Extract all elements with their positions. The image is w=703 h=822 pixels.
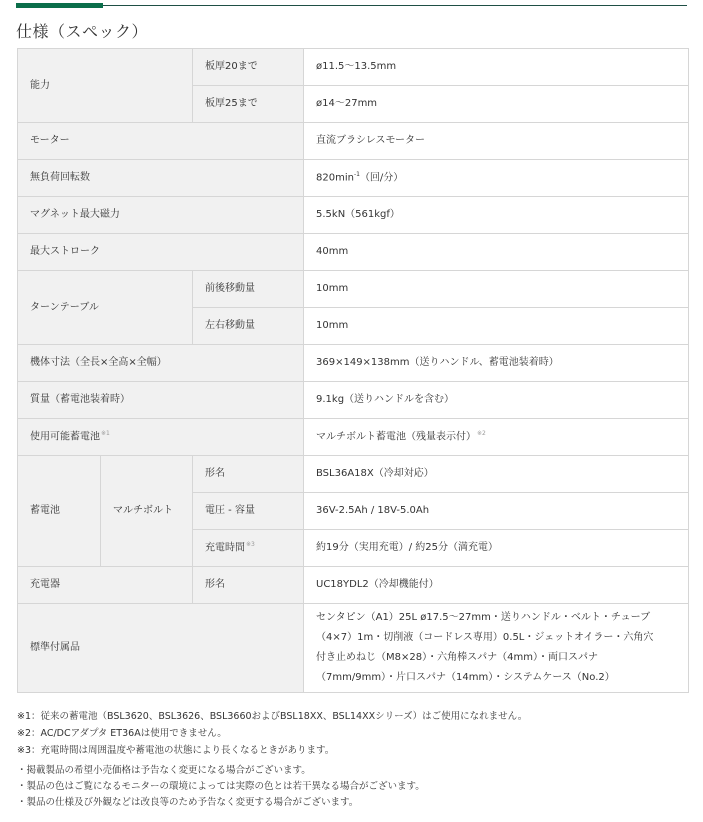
spec-value-no-load-speed: 820min-1（回/分） bbox=[304, 160, 689, 197]
footnote-1: ※1：従来の蓄電池（BSL3620、BSL3626、BSL3660およびBSL1… bbox=[17, 708, 527, 725]
disclaimers: ・掲載製品の希望小売価格は予告なく変更になる場合がございます。 ・製品の色はご覧… bbox=[17, 763, 425, 811]
spec-sublabel: 左右移動量 bbox=[193, 308, 304, 345]
top-accent-bar bbox=[16, 3, 103, 8]
spec-sublabel: 前後移動量 bbox=[193, 271, 304, 308]
spec-value-charger: UC18YDL2（冷却機能付） bbox=[304, 567, 689, 604]
spec-label-motor: モーター bbox=[18, 123, 304, 160]
spec-label-capacity: 能力 bbox=[18, 49, 193, 123]
spec-sublabel: 板厚25まで bbox=[193, 86, 304, 123]
spec-label-dimensions: 機体寸法（全長×全高×全幅） bbox=[18, 345, 304, 382]
spec-label-turntable: ターンテーブル bbox=[18, 271, 193, 345]
spec-label-accessories: 標準付属品 bbox=[18, 604, 304, 693]
footnote-ref-2: ※2 bbox=[477, 430, 486, 437]
footnote-2: ※2：AC/DCアダプタ ET36Aは使用できません。 bbox=[17, 725, 527, 742]
usable-battery-value: マルチボルト蓄電池（残量表示付） bbox=[316, 432, 476, 443]
spec-sublabel: 電圧 - 容量 bbox=[193, 493, 304, 530]
footnote-ref-3: ※3 bbox=[246, 541, 255, 548]
spec-label-battery: 蓄電池 bbox=[18, 456, 101, 567]
spec-label-no-load-speed: 無負荷回転数 bbox=[18, 160, 304, 197]
spec-label-max-stroke: 最大ストローク bbox=[18, 234, 304, 271]
spec-sublabel: 形名 bbox=[193, 456, 304, 493]
spec-table: 能力 板厚20まで ø11.5～13.5mm 板厚25まで ø14～27mm モ… bbox=[17, 48, 689, 693]
spec-row-weight: 質量（蓄電池装着時） 9.1kg（送りハンドルを含む） bbox=[18, 382, 689, 419]
spec-row-turntable-1: ターンテーブル 前後移動量 10mm bbox=[18, 271, 689, 308]
spec-value-max-stroke: 40mm bbox=[304, 234, 689, 271]
section-title: 仕様（スペック） bbox=[16, 19, 148, 42]
spec-value: 約19分（実用充電）/ 約25分（満充電） bbox=[304, 530, 689, 567]
spec-label-magnet-force: マグネット最大磁力 bbox=[18, 197, 304, 234]
accessory-line: 付き止めねじ（M8×28）・六角棒スパナ（4mm）・両口スパナ bbox=[316, 648, 678, 668]
spec-row-accessories: 標準付属品 センタピン（A1）25L ø17.5～27mm・送りハンドル・ベルト… bbox=[18, 604, 689, 693]
spec-value: 10mm bbox=[304, 271, 689, 308]
spec-value: 36V-2.5Ah / 18V-5.0Ah bbox=[304, 493, 689, 530]
spec-value: ø14～27mm bbox=[304, 86, 689, 123]
spec-value-motor: 直流ブラシレスモーター bbox=[304, 123, 689, 160]
footnote-ref-1: ※1 bbox=[101, 430, 110, 437]
spec-sublabel: 形名 bbox=[193, 567, 304, 604]
spec-row-no-load-speed: 無負荷回転数 820min-1（回/分） bbox=[18, 160, 689, 197]
spec-row-motor: モーター 直流ブラシレスモーター bbox=[18, 123, 689, 160]
footnotes: ※1：従来の蓄電池（BSL3620、BSL3626、BSL3660およびBSL1… bbox=[17, 708, 527, 759]
accessory-line: センタピン（A1）25L ø17.5～27mm・送りハンドル・ベルト・チューブ bbox=[316, 608, 678, 628]
top-divider bbox=[16, 5, 687, 6]
spec-label-charger: 充電器 bbox=[18, 567, 193, 604]
spec-value-usable-battery: マルチボルト蓄電池（残量表示付）※2 bbox=[304, 419, 689, 456]
spec-value-dimensions: 369×149×138mm（送りハンドル、蓄電池装着時） bbox=[304, 345, 689, 382]
spec-sublabel-charge-time: 充電時間※3 bbox=[193, 530, 304, 567]
spec-value: BSL36A18X（冷却対応） bbox=[304, 456, 689, 493]
spec-value-weight: 9.1kg（送りハンドルを含む） bbox=[304, 382, 689, 419]
accessory-line: （4×7）1m・切削液（コードレス専用）0.5L・ジェットオイラー・六角穴 bbox=[316, 628, 678, 648]
charge-time-label: 充電時間 bbox=[205, 543, 245, 554]
spec-row-capacity-1: 能力 板厚20まで ø11.5～13.5mm bbox=[18, 49, 689, 86]
speed-unit: （回/分） bbox=[360, 173, 403, 184]
spec-row-usable-battery: 使用可能蓄電池※1 マルチボルト蓄電池（残量表示付）※2 bbox=[18, 419, 689, 456]
spec-row-charger: 充電器 形名 UC18YDL2（冷却機能付） bbox=[18, 567, 689, 604]
spec-row-dimensions: 機体寸法（全長×全高×全幅） 369×149×138mm（送りハンドル、蓄電池装… bbox=[18, 345, 689, 382]
spec-row-max-stroke: 最大ストローク 40mm bbox=[18, 234, 689, 271]
spec-sublabel-multivolt: マルチボルト bbox=[101, 456, 193, 567]
spec-label-weight: 質量（蓄電池装着時） bbox=[18, 382, 304, 419]
spec-row-magnet-force: マグネット最大磁力 5.5kN（561kgf） bbox=[18, 197, 689, 234]
spec-value-magnet-force: 5.5kN（561kgf） bbox=[304, 197, 689, 234]
spec-row-battery-1: 蓄電池 マルチボルト 形名 BSL36A18X（冷却対応） bbox=[18, 456, 689, 493]
usable-battery-label: 使用可能蓄電池 bbox=[30, 432, 100, 443]
speed-value: 820min bbox=[316, 173, 354, 184]
accessory-line: （7mm/9mm）・片口スパナ（14mm）・システムケース（No.2） bbox=[316, 668, 678, 688]
spec-value: 10mm bbox=[304, 308, 689, 345]
spec-sublabel: 板厚20まで bbox=[193, 49, 304, 86]
spec-value-accessories: センタピン（A1）25L ø17.5～27mm・送りハンドル・ベルト・チューブ … bbox=[304, 604, 689, 693]
footnote-3: ※3：充電時間は周囲温度や蓄電池の状態により長くなるときがあります。 bbox=[17, 742, 527, 759]
disclaimer-spec: ・製品の仕様及び外観などは改良等のため予告なく変更する場合がございます。 bbox=[17, 795, 425, 811]
disclaimer-price: ・掲載製品の希望小売価格は予告なく変更になる場合がございます。 bbox=[17, 763, 425, 779]
spec-label-usable-battery: 使用可能蓄電池※1 bbox=[18, 419, 304, 456]
disclaimer-color: ・製品の色はご覧になるモニターの環境によっては実際の色とは若干異なる場合がござい… bbox=[17, 779, 425, 795]
spec-value: ø11.5～13.5mm bbox=[304, 49, 689, 86]
